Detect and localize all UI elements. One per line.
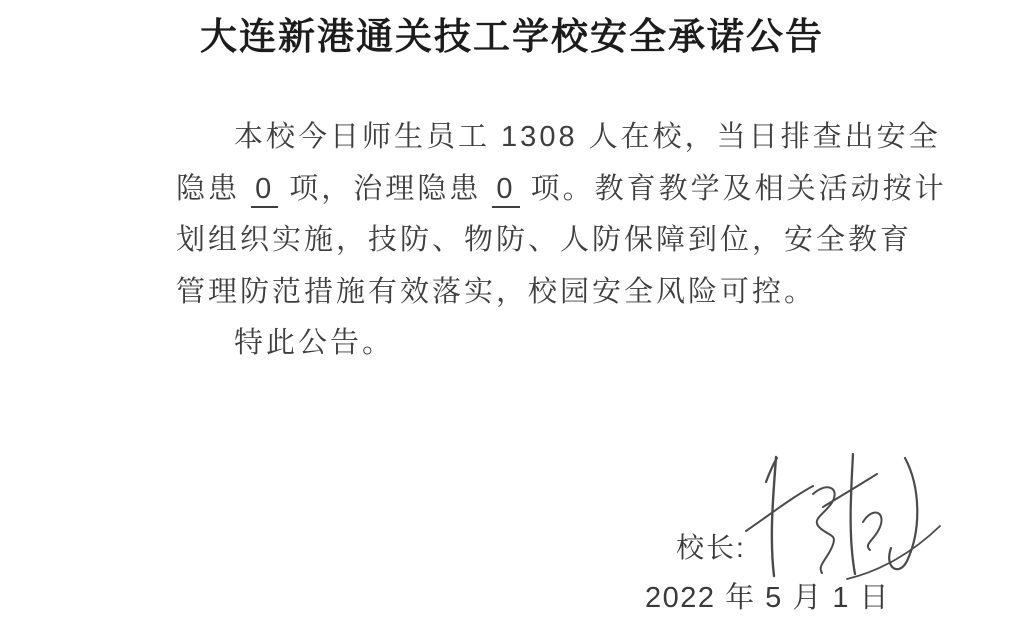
body-line-2-text: 项。教育教学及相关活动按计 — [531, 173, 947, 205]
body-line-2-text: 项，治理隐患 — [289, 173, 481, 205]
body-line-2-text: 隐患 — [176, 173, 240, 205]
hidden-dangers-found-count: 0 — [251, 172, 278, 208]
document-date: 2022 年 5 月 1 日 — [645, 578, 890, 618]
hidden-dangers-resolved-count: 0 — [492, 172, 519, 208]
body-line-3: 划组织实施，技防、物防、人防保障到位，安全教育 — [176, 215, 876, 267]
principal-handwritten-signature — [733, 436, 951, 594]
body-line-5-closing: 特此公告。 — [176, 318, 876, 370]
announcement-body: 本校今日师生员工 1308 人在校，当日排查出安全 隐患 0 项，治理隐患 0 … — [176, 112, 876, 370]
announcement-document-page: 大连新港通关技工学校安全承诺公告 本校今日师生员工 1308 人在校，当日排查出… — [0, 0, 1024, 623]
body-line-1: 本校今日师生员工 1308 人在校，当日排查出安全 — [176, 112, 876, 164]
body-line-2: 隐患 0 项，治理隐患 0 项。教育教学及相关活动按计 — [176, 164, 876, 216]
document-title: 大连新港通关技工学校安全承诺公告 — [0, 6, 1024, 60]
body-line-4: 管理防范措施有效落实，校园安全风险可控。 — [176, 267, 876, 319]
